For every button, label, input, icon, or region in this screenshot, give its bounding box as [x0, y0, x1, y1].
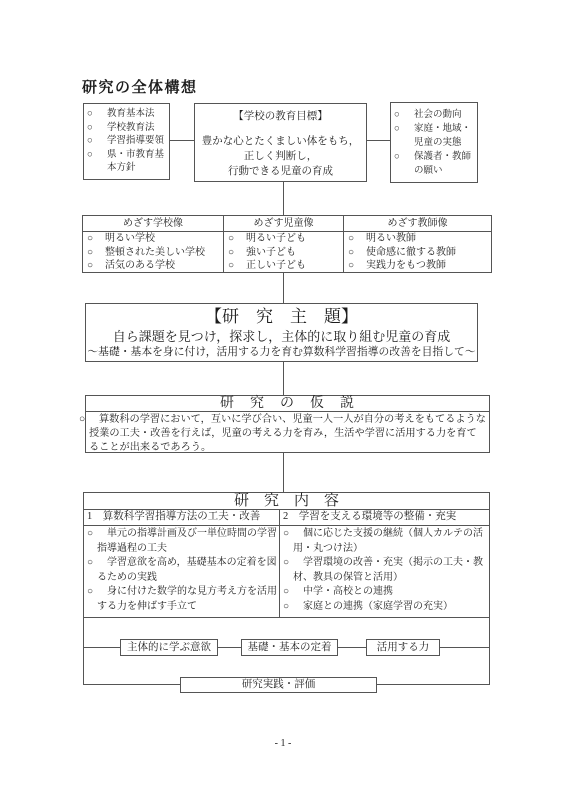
circle-marker: ○ [87, 122, 107, 136]
research-theme-line: 自ら課題を見つけ，探求し，主体的に取り組む児童の育成 [86, 328, 477, 345]
cell-label: 強い子ども [246, 246, 296, 260]
list-item-label: 保護者・教師の願い [414, 152, 471, 176]
table-row: ○明るい学校 [83, 232, 223, 246]
list-item-label: 家庭・地域・児童の実態 [414, 124, 471, 148]
table-row: ○強い子ども [224, 246, 343, 260]
cell-label: 明るい子ども [246, 232, 306, 246]
list-item-label: 中学・高校との連携 [303, 586, 393, 597]
list-item-label: 学習環境の改善・充実（掲示の工夫・教材、教具の保管と活用） [293, 557, 483, 583]
circle-marker: ○ [87, 556, 107, 571]
list-item-label: 社会の動向 [414, 110, 462, 120]
list-item-label: 学習意欲を高め，基礎基本の定着を図るための実践 [97, 557, 277, 583]
circle-marker: ○ [87, 108, 107, 122]
circle-marker: ○ [348, 246, 366, 260]
circle-marker: ○ [87, 232, 105, 246]
cell-label: 明るい教師 [366, 232, 416, 246]
column-header: めざす学校像 [83, 216, 223, 232]
table-row: ○活気のある学校 [83, 259, 223, 273]
outcome-box-application: 活用する力 [366, 639, 440, 656]
table-row: ○整頓された美しい学校 [83, 246, 223, 260]
list-item: ○学校教育法 [87, 122, 166, 136]
circle-marker: ○ [79, 413, 99, 427]
targets-column-school: めざす学校像 ○明るい学校 ○整頓された美しい学校 ○活気のある学校 [83, 216, 224, 272]
content-right-title: 2 学習を支える環境等の整備・充実 [280, 510, 489, 525]
content-left-column: ○単元の指導計画及び一単位時間の学習指導過程の工夫 ○学習意欲を高め，基礎基本の… [84, 526, 280, 617]
column-header: めざす児童像 [224, 216, 343, 232]
school-goal-heading: 【学校の教育目標】 [195, 109, 366, 125]
school-goal-line: 正しく判断し， [195, 149, 366, 164]
research-content-heading: 研 究 内 容 [84, 493, 489, 510]
list-item: ○単元の指導計画及び一単位時間の学習指導過程の工夫 [87, 527, 277, 556]
list-item-label: 個に応じた支援の継続（個人カルテの活用・丸つけ法） [293, 528, 483, 554]
circle-marker: ○ [283, 585, 303, 600]
list-item: ○身に付けた数学的な見方考え方を活用する力を伸ばす手立て [87, 585, 277, 614]
school-goal-box: 【学校の教育目標】 豊かな心とたくましい体をもち， 正しく判断し， 行動できる児… [194, 103, 367, 182]
research-theme-heading: 【研 究 主 題】 [86, 305, 477, 328]
context-box: ○社会の動向 ○家庭・地域・児童の実態 ○保護者・教師の願い [390, 102, 478, 183]
list-item: ○中学・高校との連携 [283, 585, 487, 600]
cell-label: 正しい子ども [246, 259, 306, 273]
outcomes-area: 主体的に学ぶ意欲 基礎・基本の定着 活用する力 [84, 618, 489, 683]
content-left-title: 1 算数科学習指導方法の工夫・改善 [84, 510, 280, 525]
list-item-label: 学習指導要領 [107, 136, 164, 146]
circle-marker: ○ [87, 527, 107, 542]
circle-marker: ○ [228, 259, 246, 273]
circle-marker: ○ [348, 232, 366, 246]
circle-marker: ○ [228, 232, 246, 246]
table-row: ○明るい教師 [344, 232, 491, 246]
list-item: ○学習指導要領 [87, 135, 166, 149]
targets-column-teachers: めざす教師像 ○明るい教師 ○使命感に徹する教師 ○実践力をもつ教師 [344, 216, 491, 272]
circle-marker: ○ [394, 150, 414, 164]
outcome-box-basics: 基礎・基本の定着 [241, 639, 338, 656]
research-theme-box: 【研 究 主 題】 自ら課題を見つけ，探求し，主体的に取り組む児童の育成 ～基礎… [85, 303, 478, 362]
list-item-label: 学校教育法 [107, 123, 155, 133]
column-header: めざす教師像 [344, 216, 491, 232]
evaluation-box: 研究実践・評価 [180, 677, 377, 693]
list-item: ○家庭との連携（家庭学習の充実） [283, 600, 487, 615]
cell-label: 実践力をもつ教師 [366, 259, 446, 273]
page-title: 研究の全体構想 [82, 76, 198, 97]
table-row: ○明るい子ども [224, 232, 343, 246]
connector-line [283, 182, 284, 215]
circle-marker: ○ [87, 149, 107, 163]
list-item: ○社会の動向 [394, 108, 474, 122]
research-content-body: ○単元の指導計画及び一単位時間の学習指導過程の工夫 ○学習意欲を高め，基礎基本の… [84, 526, 489, 618]
circle-marker: ○ [87, 259, 105, 273]
circle-marker: ○ [283, 600, 303, 615]
research-theme-subtitle: ～基礎・基本を身に付け，活用する力を育む算数科学習指導の改善を目指して～ [86, 345, 477, 360]
list-item-label: 県・市教育基本方針 [107, 150, 164, 174]
table-row: ○正しい子ども [224, 259, 343, 273]
outcome-box-motivation: 主体的に学ぶ意欲 [120, 639, 218, 656]
circle-marker: ○ [394, 122, 414, 136]
table-row: ○使命感に徹する教師 [344, 246, 491, 260]
circle-marker: ○ [87, 585, 107, 600]
school-goal-line: 行動できる児童の育成 [195, 164, 366, 179]
circle-marker: ○ [283, 527, 303, 542]
list-item: ○学習環境の改善・充実（掲示の工夫・教材、教具の保管と活用） [283, 556, 487, 585]
legal-basis-box: ○教育基本法 ○学校教育法 ○学習指導要領 ○県・市教育基本方針 [83, 103, 170, 180]
research-hypothesis-heading: 研 究 の 仮 説 [86, 396, 489, 412]
school-goal-line: 豊かな心とたくましい体をもち， [195, 134, 366, 149]
content-right-column: ○個に応じた支援の継続（個人カルテの活用・丸つけ法） ○学習環境の改善・充実（掲… [280, 526, 489, 617]
targets-table: めざす学校像 ○明るい学校 ○整頓された美しい学校 ○活気のある学校 めざす児童… [82, 215, 492, 273]
list-item: ○教育基本法 [87, 108, 166, 122]
circle-marker: ○ [283, 556, 303, 571]
connector-line [367, 140, 390, 141]
list-item-label: 単元の指導計画及び一単位時間の学習指導過程の工夫 [97, 528, 277, 554]
connector-line [283, 362, 284, 395]
connector-line [170, 140, 194, 141]
circle-marker: ○ [348, 259, 366, 273]
cell-label: 使命感に徹する教師 [366, 246, 456, 260]
research-content-subheaders: 1 算数科学習指導方法の工夫・改善 2 学習を支える環境等の整備・充実 [84, 510, 489, 526]
circle-marker: ○ [394, 108, 414, 122]
circle-marker: ○ [87, 135, 107, 149]
targets-column-children: めざす児童像 ○明るい子ども ○強い子ども ○正しい子ども [224, 216, 344, 272]
list-item: ○県・市教育基本方針 [87, 149, 166, 176]
table-row: ○実践力をもつ教師 [344, 259, 491, 273]
list-item: ○家庭・地域・児童の実態 [394, 122, 474, 150]
cell-label: 整頓された美しい学校 [105, 246, 205, 260]
list-item-label: 教育基本法 [107, 109, 155, 119]
list-item-label: 身に付けた数学的な見方考え方を活用する力を伸ばす手立て [97, 586, 277, 612]
cell-label: 明るい学校 [105, 232, 155, 246]
connector-line [283, 453, 284, 492]
hypothesis-text: 算数科の学習において，互いに学び合い、児童一人一人が自分の考えをもてるような授業… [89, 414, 486, 453]
page-number: - 1 - [0, 738, 566, 749]
list-item: ○保護者・教師の願い [394, 150, 474, 178]
research-hypothesis-box: 研 究 の 仮 説 ○算数科の学習において，互いに学び合い、児童一人一人が自分の… [85, 395, 490, 453]
research-hypothesis-body: ○算数科の学習において，互いに学び合い、児童一人一人が自分の考えをもてるような授… [86, 412, 489, 456]
research-content-box: 研 究 内 容 1 算数科学習指導方法の工夫・改善 2 学習を支える環境等の整備… [83, 492, 490, 685]
list-item: ○学習意欲を高め，基礎基本の定着を図るための実践 [87, 556, 277, 585]
cell-label: 活気のある学校 [105, 259, 175, 273]
connector-line [283, 273, 284, 303]
circle-marker: ○ [228, 246, 246, 260]
list-item: ○個に応じた支援の継続（個人カルテの活用・丸つけ法） [283, 527, 487, 556]
circle-marker: ○ [87, 246, 105, 260]
document-page: 研究の全体構想 ○教育基本法 ○学校教育法 ○学習指導要領 ○県・市教育基本方針… [0, 0, 566, 800]
list-item-label: 家庭との連携（家庭学習の充実） [303, 601, 453, 612]
